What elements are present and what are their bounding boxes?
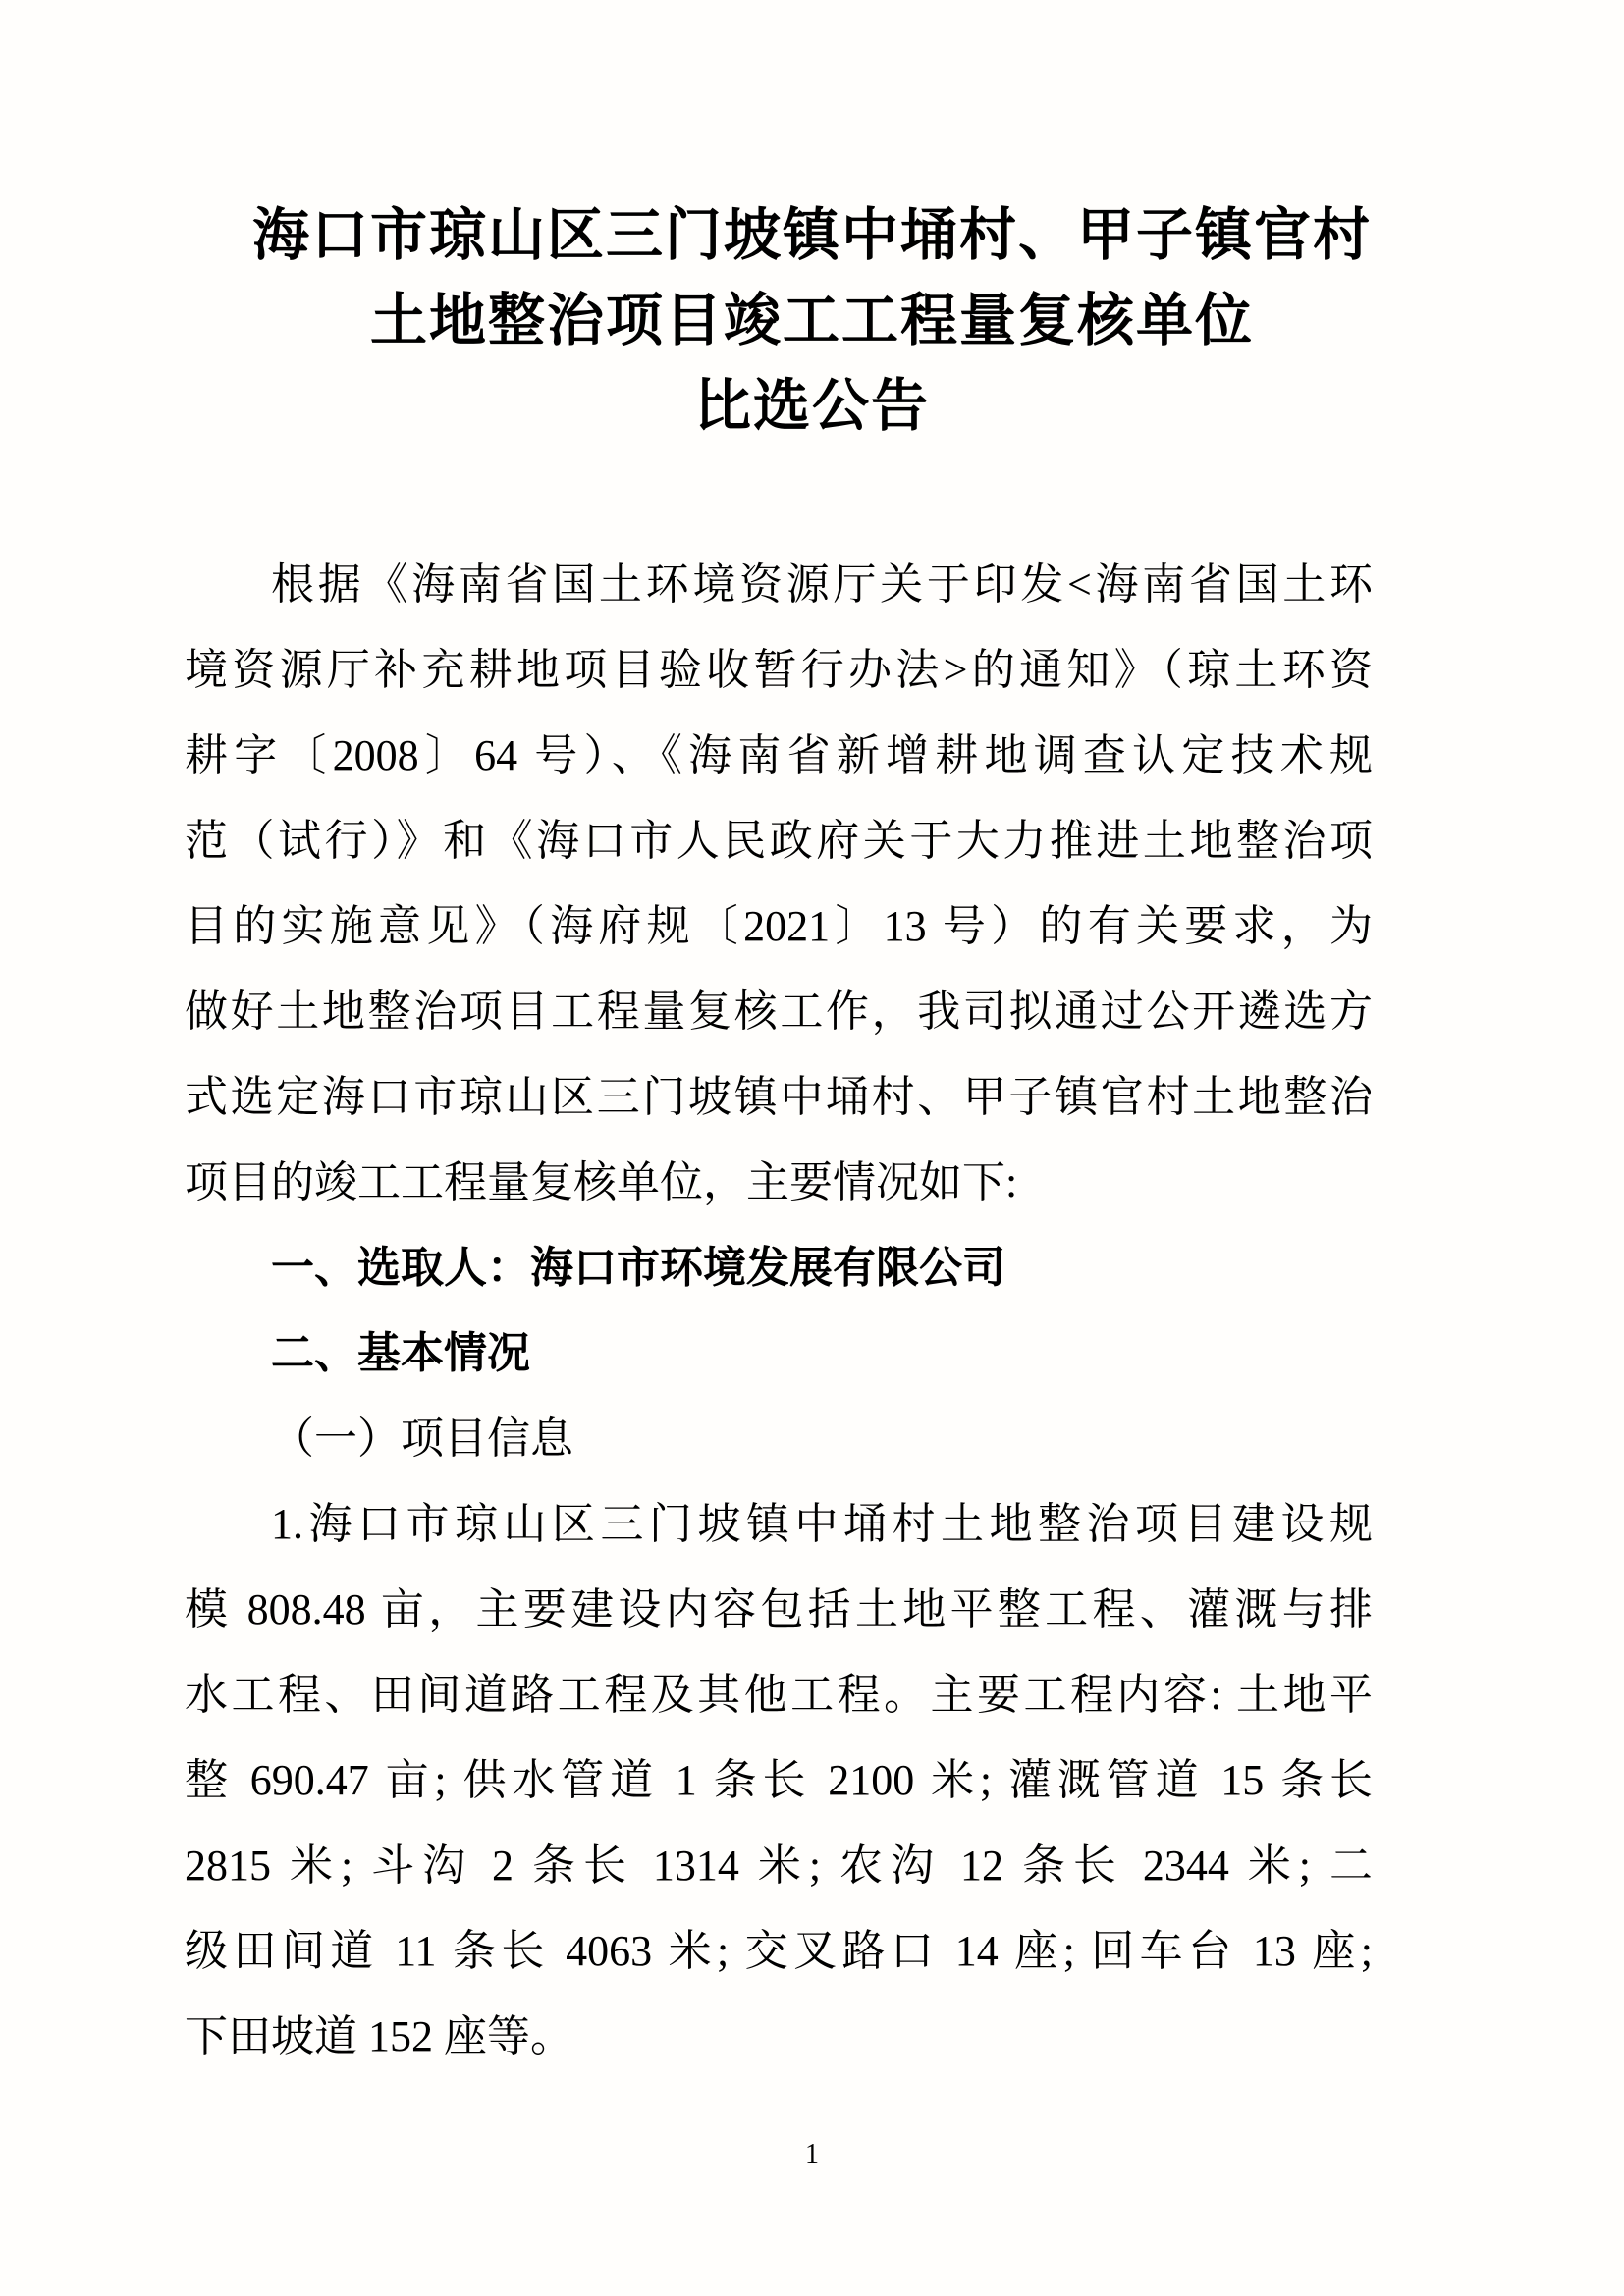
- section-heading-selector: 一、选取人：海口市环境发展有限公司: [185, 1225, 1373, 1310]
- intro-line-6: 做好土地整治项目工程量复核工作，我司拟通过公开遴选方: [185, 969, 1373, 1054]
- document-body: 根据《海南省国土环境资源厅关于印发<海南省国土环 境资源厅补充耕地项目验收暂行办…: [185, 542, 1373, 2079]
- intro-paragraph: 根据《海南省国土环境资源厅关于印发<海南省国土环 境资源厅补充耕地项目验收暂行办…: [185, 542, 1373, 1225]
- project-line-1: 1.海口市琼山区三门坡镇中埇村土地整治项目建设规: [185, 1481, 1373, 1567]
- document-page: 海口市琼山区三门坡镇中埇村、甲子镇官村 土地整治项目竣工工程量复核单位 比选公告…: [0, 0, 1624, 2296]
- intro-line-4: 范（试行）》和《海口市人民政府关于大力推进土地整治项: [185, 798, 1373, 883]
- section-heading-basic-info: 二、基本情况: [185, 1310, 1373, 1396]
- title-line-1: 海口市琼山区三门坡镇中埇村、甲子镇官村: [0, 192, 1624, 278]
- project-paragraph: 1.海口市琼山区三门坡镇中埇村土地整治项目建设规 模 808.48 亩，主要建设…: [185, 1481, 1373, 2079]
- project-line-4: 整 690.47 亩; 供水管道 1 条长 2100 米; 灌溉管道 15 条长: [185, 1737, 1373, 1823]
- project-line-6: 级田间道 11 条长 4063 米; 交叉路口 14 座; 回车台 13 座;: [185, 1908, 1373, 1994]
- intro-line-1: 根据《海南省国土环境资源厅关于印发<海南省国土环: [185, 542, 1373, 627]
- title-line-2: 土地整治项目竣工工程量复核单位: [0, 278, 1624, 363]
- intro-line-3: 耕字〔2008〕64 号）、《海南省新增耕地调查认定技术规: [185, 713, 1373, 798]
- project-line-2: 模 808.48 亩，主要建设内容包括土地平整工程、灌溉与排: [185, 1567, 1373, 1652]
- subsection-heading-project-info: （一）项目信息: [185, 1396, 1373, 1481]
- intro-line-5: 目的实施意见》（海府规〔2021〕13 号）的有关要求，为: [185, 883, 1373, 969]
- title-line-3: 比选公告: [0, 363, 1624, 449]
- project-line-5: 2815 米; 斗沟 2 条长 1314 米; 农沟 12 条长 2344 米;…: [185, 1823, 1373, 1908]
- intro-line-7: 式选定海口市琼山区三门坡镇中埇村、甲子镇官村土地整治: [185, 1054, 1373, 1140]
- project-line-3: 水工程、田间道路工程及其他工程。主要工程内容: 土地平: [185, 1652, 1373, 1737]
- intro-line-8: 项目的竣工工程量复核单位，主要情况如下:: [185, 1140, 1373, 1225]
- page-number: 1: [0, 2135, 1624, 2174]
- document-title: 海口市琼山区三门坡镇中埇村、甲子镇官村 土地整治项目竣工工程量复核单位 比选公告: [0, 192, 1624, 449]
- project-line-7: 下田坡道 152 座等。: [185, 1994, 1373, 2079]
- intro-line-2: 境资源厅补充耕地项目验收暂行办法>的通知》（琼土环资: [185, 627, 1373, 713]
